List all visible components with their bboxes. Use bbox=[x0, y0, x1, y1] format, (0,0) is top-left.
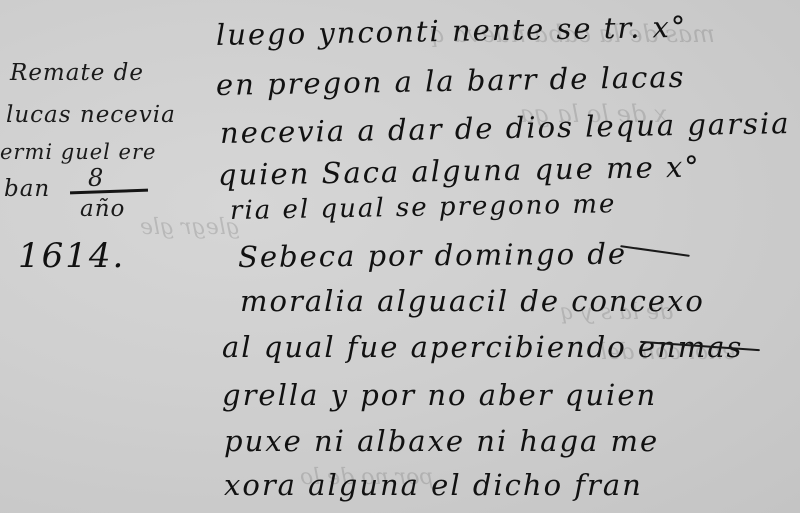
manuscript-page: mas de la caba nueva q x de lo la ga gle… bbox=[0, 0, 800, 513]
body-line: en pregon a la barr de lacas bbox=[216, 60, 686, 102]
pen-flourish bbox=[620, 245, 690, 257]
margin-line: ban bbox=[4, 176, 50, 202]
body-line: necevia a dar de dios lequa garsia bbox=[220, 106, 791, 150]
margin-line: ermi guel ere bbox=[0, 140, 156, 164]
fraction-bar bbox=[70, 189, 148, 195]
margin-line: 8 bbox=[88, 164, 104, 192]
body-line: moralia alguacil de concexo bbox=[240, 284, 705, 318]
body-line: Sebeca por domingo de bbox=[238, 237, 627, 274]
body-line: quien Saca alguna que me x° bbox=[218, 150, 701, 192]
margin-line: año bbox=[80, 196, 125, 222]
bleed-through-text: glegr gle bbox=[140, 215, 240, 240]
margin-year: 1614. bbox=[18, 236, 125, 276]
body-line: ria el qual se pregono me bbox=[230, 189, 617, 226]
body-line: xora alguna el dicho fran bbox=[224, 468, 643, 502]
margin-line: lucas necevia bbox=[6, 102, 176, 128]
margin-line: Remate de bbox=[10, 60, 144, 86]
body-line: grella y por no aber quien bbox=[222, 378, 657, 412]
body-line: al qual fue apercibiendo enmas bbox=[222, 330, 743, 364]
body-line: puxe ni albaxe ni haga me bbox=[224, 424, 659, 458]
